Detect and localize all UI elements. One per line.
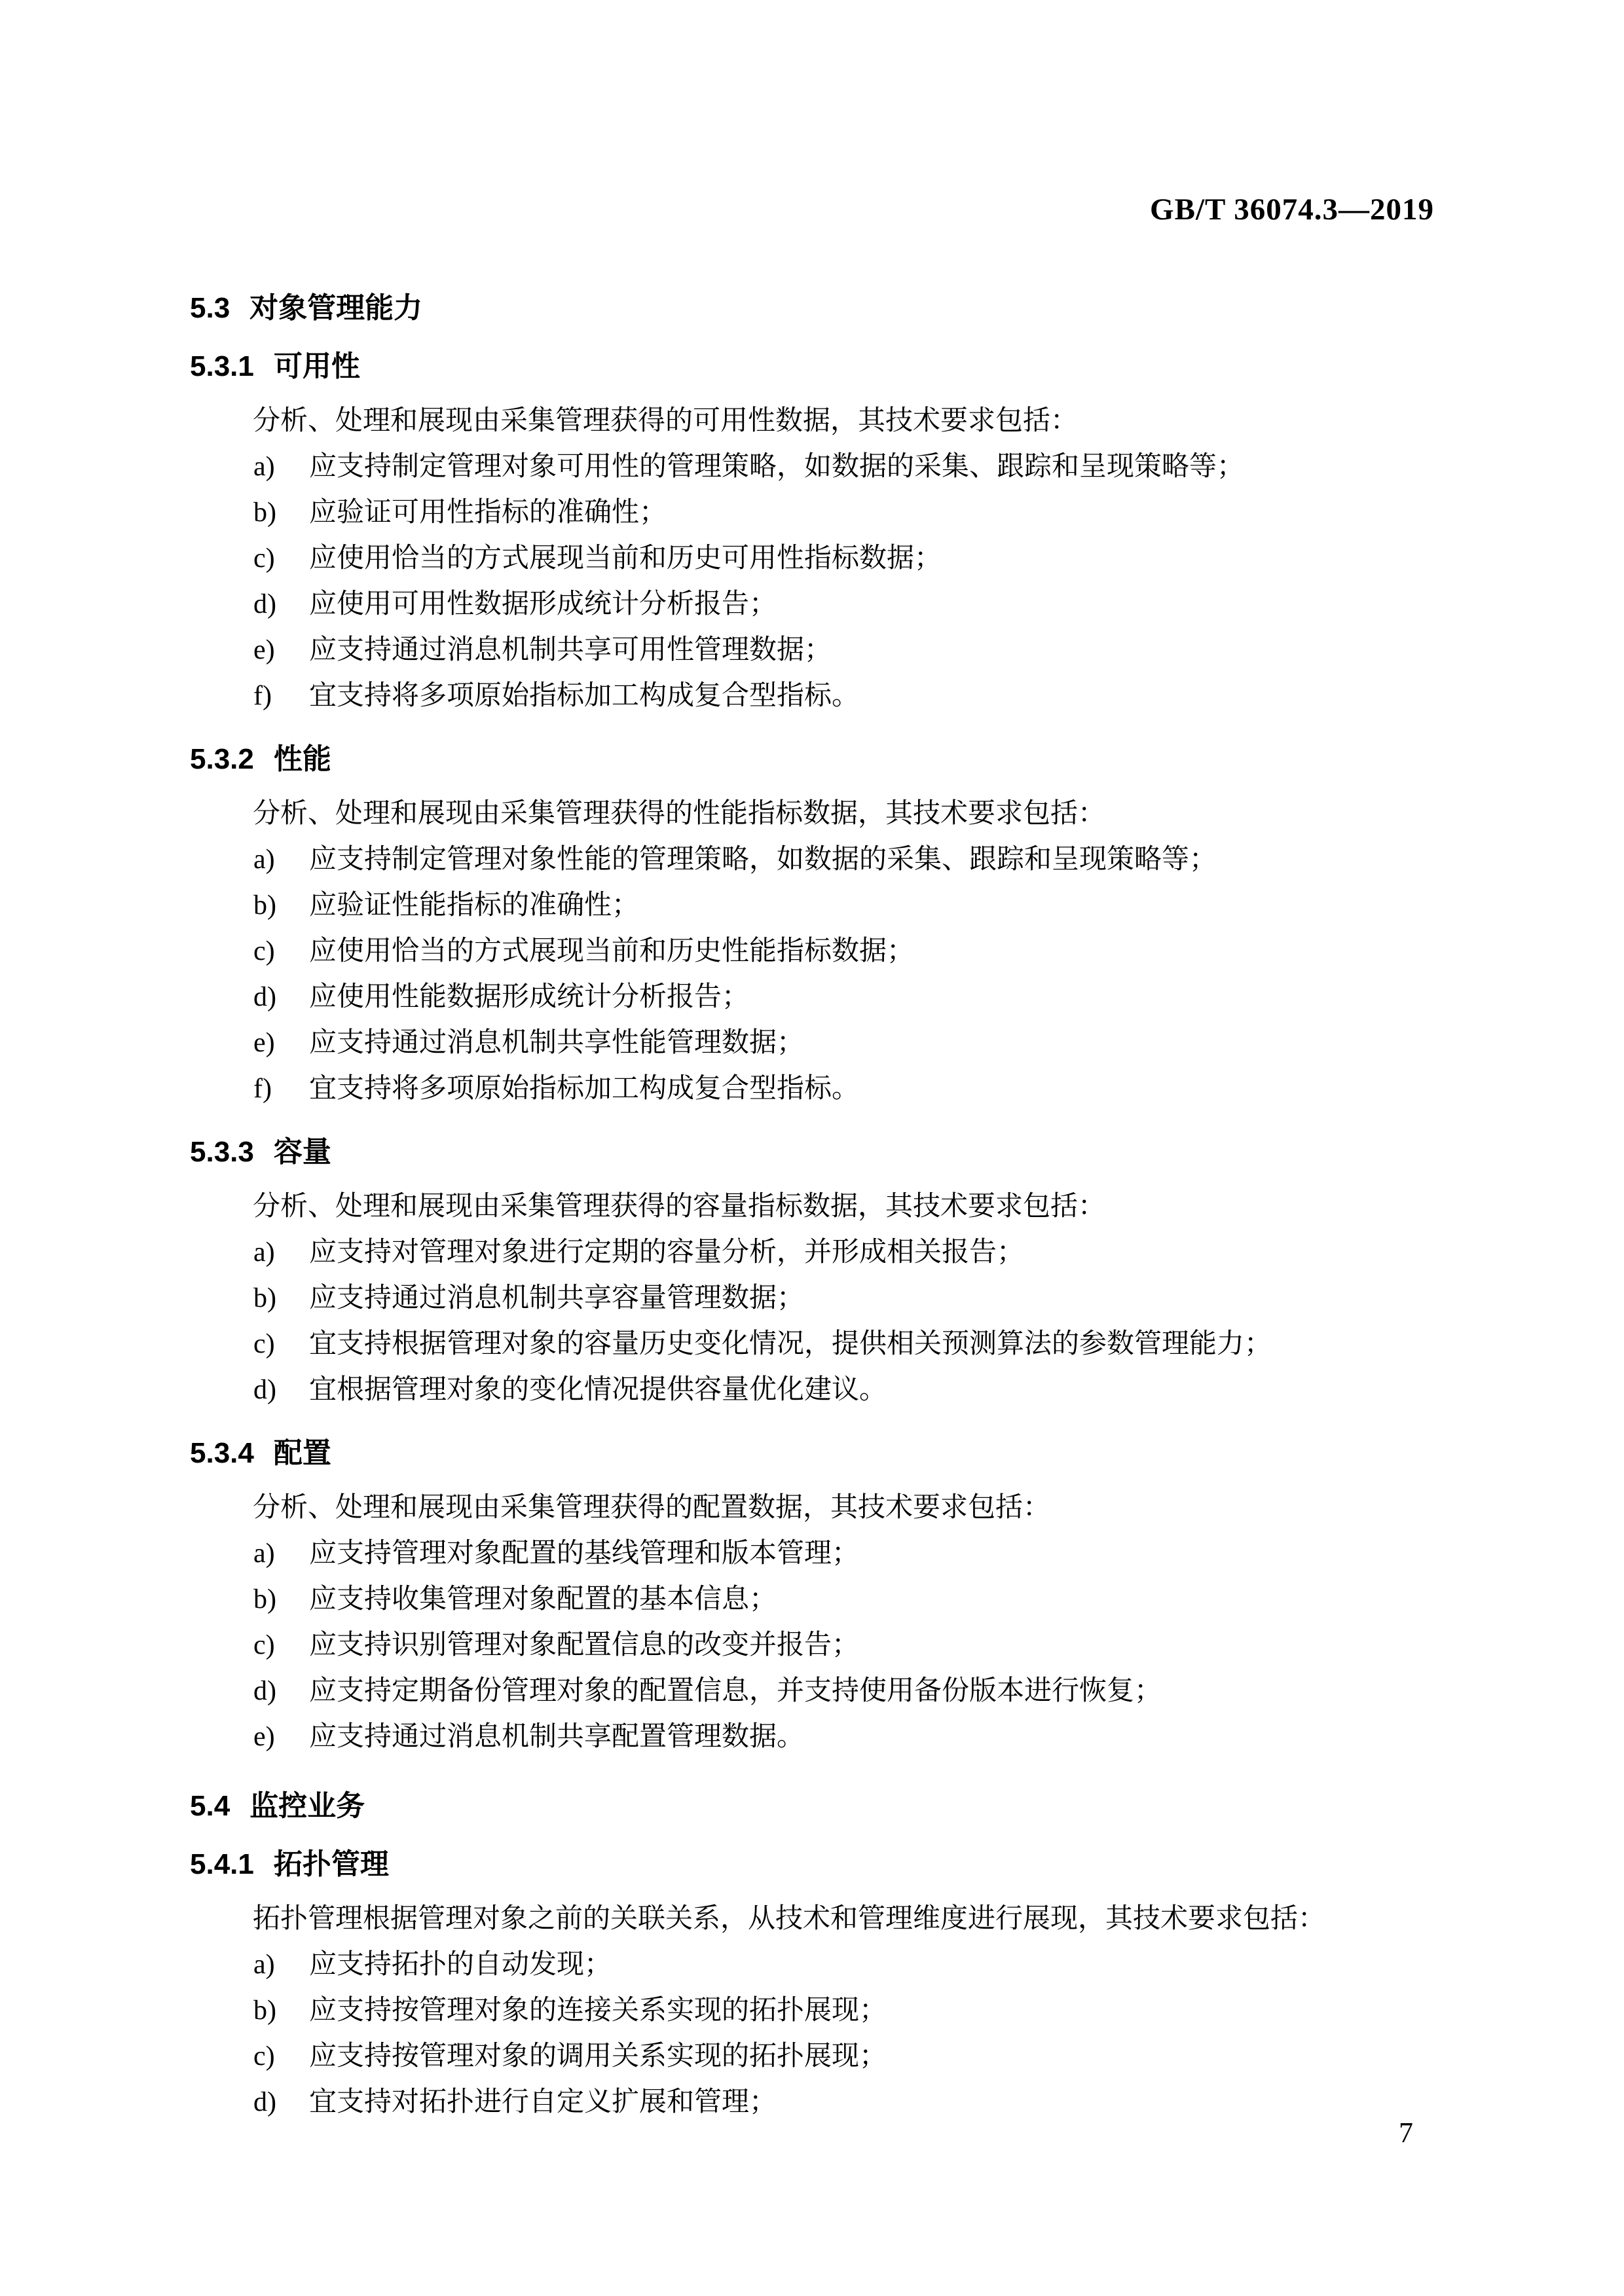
item-marker: b)	[253, 1275, 276, 1321]
item-text: 应支持通过消息机制共享容量管理数据；	[309, 1283, 804, 1313]
list-item: d)应使用性能数据形成统计分析报告；	[190, 974, 1434, 1020]
item-marker: a)	[253, 1230, 275, 1275]
item-text: 应支持对管理对象进行定期的容量分析，并形成相关报告；	[309, 1237, 1024, 1267]
list-item: b)应支持按管理对象的连接关系实现的拓扑展现；	[190, 1988, 1434, 2033]
subclause-heading: 5.3.1可用性	[190, 350, 1434, 384]
item-text: 应支持定期备份管理对象的配置信息，并支持使用备份版本进行恢复；	[309, 1676, 1162, 1706]
list-item: c)应支持按管理对象的调用关系实现的拓扑展现；	[190, 2033, 1434, 2079]
item-marker: d)	[253, 2079, 276, 2125]
subclause-5-3-3: 5.3.3容量 分析、处理和展现由采集管理获得的容量指标数据，其技术要求包括： …	[190, 1135, 1434, 1413]
subclause-5-3-2: 5.3.2性能 分析、处理和展现由采集管理获得的性能指标数据，其技术要求包括： …	[190, 742, 1434, 1112]
subclause-heading: 5.3.3容量	[190, 1135, 1434, 1169]
item-text: 应支持识别管理对象配置信息的改变并报告；	[309, 1630, 859, 1660]
list-item: c)宜支持根据管理对象的容量历史变化情况，提供相关预测算法的参数管理能力；	[190, 1321, 1434, 1367]
item-marker: c)	[253, 1622, 275, 1668]
item-marker: f)	[253, 673, 272, 719]
item-marker: e)	[253, 1714, 275, 1760]
intro-paragraph: 分析、处理和展现由采集管理获得的容量指标数据，其技术要求包括：	[190, 1184, 1434, 1230]
item-text: 宜支持将多项原始指标加工构成复合型指标。	[309, 681, 859, 711]
item-marker: b)	[253, 1988, 276, 2033]
item-text: 应支持管理对象配置的基线管理和版本管理；	[309, 1539, 859, 1569]
item-text: 宜根据管理对象的变化情况提供容量优化建议。	[309, 1375, 887, 1405]
item-text: 应验证性能指标的准确性；	[309, 890, 639, 920]
subclause-title: 拓扑管理	[274, 1848, 389, 1880]
page-number: 7	[1399, 2116, 1413, 2150]
subclause-title: 容量	[274, 1136, 331, 1168]
subclause-title: 可用性	[274, 350, 360, 382]
item-marker: d)	[253, 1668, 276, 1714]
item-text: 应使用恰当的方式展现当前和历史可用性指标数据；	[309, 543, 942, 574]
item-text: 应支持制定管理对象性能的管理策略，如数据的采集、跟踪和呈现策略等；	[309, 845, 1217, 875]
intro-paragraph: 分析、处理和展现由采集管理获得的配置数据，其技术要求包括：	[190, 1485, 1434, 1531]
list-item: b)应支持收集管理对象配置的基本信息；	[190, 1576, 1434, 1622]
list-item: d)应使用可用性数据形成统计分析报告；	[190, 581, 1434, 627]
item-marker: a)	[253, 1942, 275, 1988]
document-page: GB/T 36074.3—2019 5.3对象管理能力 5.3.1可用性 分析、…	[0, 0, 1624, 2296]
subclause-5-3-4: 5.3.4配置 分析、处理和展现由采集管理获得的配置数据，其技术要求包括： a)…	[190, 1436, 1434, 1760]
list-item: c)应使用恰当的方式展现当前和历史可用性指标数据；	[190, 536, 1434, 581]
item-text: 宜支持根据管理对象的容量历史变化情况，提供相关预测算法的参数管理能力；	[309, 1329, 1272, 1359]
intro-paragraph: 分析、处理和展现由采集管理获得的可用性数据，其技术要求包括：	[190, 398, 1434, 444]
list-item: b)应支持通过消息机制共享容量管理数据；	[190, 1275, 1434, 1321]
item-text: 应使用可用性数据形成统计分析报告；	[309, 589, 777, 619]
subclause-5-3-1: 5.3.1可用性 分析、处理和展现由采集管理获得的可用性数据，其技术要求包括： …	[190, 350, 1434, 719]
item-text: 应支持制定管理对象可用性的管理策略，如数据的采集、跟踪和呈现策略等；	[309, 452, 1244, 482]
subclause-number: 5.3.2	[190, 743, 254, 775]
item-marker: f)	[253, 1066, 272, 1112]
page-content: GB/T 36074.3—2019 5.3对象管理能力 5.3.1可用性 分析、…	[0, 0, 1624, 2125]
requirement-list: a)应支持对管理对象进行定期的容量分析，并形成相关报告； b)应支持通过消息机制…	[190, 1230, 1434, 1413]
clause-heading-5-4: 5.4监控业务	[190, 1789, 1434, 1824]
subclause-heading: 5.4.1拓扑管理	[190, 1848, 1434, 1882]
clause-title: 对象管理能力	[249, 292, 422, 324]
item-text: 应使用性能数据形成统计分析报告；	[309, 982, 749, 1012]
item-marker: d)	[253, 1367, 276, 1413]
list-item: e)应支持通过消息机制共享配置管理数据。	[190, 1714, 1434, 1760]
list-item: d)宜支持对拓扑进行自定义扩展和管理；	[190, 2079, 1434, 2125]
list-item: f)宜支持将多项原始指标加工构成复合型指标。	[190, 673, 1434, 719]
item-marker: b)	[253, 883, 276, 928]
list-item: a)应支持管理对象配置的基线管理和版本管理；	[190, 1531, 1434, 1576]
item-text: 应支持通过消息机制共享性能管理数据；	[309, 1028, 804, 1058]
subclause-heading: 5.3.4配置	[190, 1436, 1434, 1470]
subclause-5-4-1: 5.4.1拓扑管理 拓扑管理根据管理对象之前的关联关系，从技术和管理维度进行展现…	[190, 1848, 1434, 2125]
list-item: b)应验证可用性指标的准确性；	[190, 490, 1434, 536]
requirement-list: a)应支持制定管理对象性能的管理策略，如数据的采集、跟踪和呈现策略等； b)应验…	[190, 837, 1434, 1112]
item-marker: e)	[253, 627, 275, 673]
list-item: a)应支持对管理对象进行定期的容量分析，并形成相关报告；	[190, 1230, 1434, 1275]
item-marker: a)	[253, 837, 275, 883]
item-marker: a)	[253, 1531, 275, 1576]
item-marker: c)	[253, 2033, 275, 2079]
requirement-list: a)应支持管理对象配置的基线管理和版本管理； b)应支持收集管理对象配置的基本信…	[190, 1531, 1434, 1760]
list-item: a)应支持制定管理对象性能的管理策略，如数据的采集、跟踪和呈现策略等；	[190, 837, 1434, 883]
item-text: 应支持收集管理对象配置的基本信息；	[309, 1584, 777, 1614]
subclause-number: 5.3.4	[190, 1437, 254, 1469]
clause-number: 5.4	[190, 1790, 230, 1822]
item-text: 宜支持对拓扑进行自定义扩展和管理；	[309, 2087, 777, 2117]
subclause-number: 5.3.1	[190, 350, 254, 382]
doc-number-header: GB/T 36074.3—2019	[190, 191, 1434, 228]
clause-title: 监控业务	[249, 1790, 365, 1822]
list-item: c)应使用恰当的方式展现当前和历史性能指标数据；	[190, 928, 1434, 974]
item-text: 应支持通过消息机制共享可用性管理数据；	[309, 635, 832, 665]
requirement-list: a)应支持制定管理对象可用性的管理策略，如数据的采集、跟踪和呈现策略等； b)应…	[190, 444, 1434, 719]
item-text: 宜支持将多项原始指标加工构成复合型指标。	[309, 1074, 859, 1104]
subclause-heading: 5.3.2性能	[190, 742, 1434, 776]
item-marker: b)	[253, 490, 276, 536]
item-text: 应支持按管理对象的连接关系实现的拓扑展现；	[309, 1995, 887, 2026]
item-text: 应验证可用性指标的准确性；	[309, 498, 667, 528]
list-item: d)应支持定期备份管理对象的配置信息，并支持使用备份版本进行恢复；	[190, 1668, 1434, 1714]
item-marker: b)	[253, 1576, 276, 1622]
item-marker: d)	[253, 581, 276, 627]
item-marker: d)	[253, 974, 276, 1020]
item-text: 应支持拓扑的自动发现；	[309, 1950, 612, 1980]
intro-paragraph: 拓扑管理根据管理对象之前的关联关系，从技术和管理维度进行展现，其技术要求包括：	[190, 1896, 1434, 1942]
clause-heading-5-3: 5.3对象管理能力	[190, 291, 1434, 326]
item-marker: e)	[253, 1020, 275, 1066]
subclause-title: 配置	[274, 1437, 331, 1469]
subclause-title: 性能	[274, 743, 331, 775]
item-marker: a)	[253, 444, 275, 490]
subclause-number: 5.3.3	[190, 1136, 254, 1168]
item-text: 应支持按管理对象的调用关系实现的拓扑展现；	[309, 2041, 887, 2071]
list-item: a)应支持制定管理对象可用性的管理策略，如数据的采集、跟踪和呈现策略等；	[190, 444, 1434, 490]
list-item: f)宜支持将多项原始指标加工构成复合型指标。	[190, 1066, 1434, 1112]
item-marker: c)	[253, 536, 275, 581]
item-text: 应使用恰当的方式展现当前和历史性能指标数据；	[309, 936, 914, 966]
item-marker: c)	[253, 1321, 275, 1367]
list-item: a)应支持拓扑的自动发现；	[190, 1942, 1434, 1988]
clause-number: 5.3	[190, 292, 230, 324]
list-item: e)应支持通过消息机制共享性能管理数据；	[190, 1020, 1434, 1066]
item-text: 应支持通过消息机制共享配置管理数据。	[309, 1722, 804, 1752]
subclause-number: 5.4.1	[190, 1848, 254, 1880]
list-item: e)应支持通过消息机制共享可用性管理数据；	[190, 627, 1434, 673]
item-marker: c)	[253, 928, 275, 974]
intro-paragraph: 分析、处理和展现由采集管理获得的性能指标数据，其技术要求包括：	[190, 791, 1434, 837]
list-item: d)宜根据管理对象的变化情况提供容量优化建议。	[190, 1367, 1434, 1413]
requirement-list: a)应支持拓扑的自动发现； b)应支持按管理对象的连接关系实现的拓扑展现； c)…	[190, 1942, 1434, 2125]
list-item: b)应验证性能指标的准确性；	[190, 883, 1434, 928]
list-item: c)应支持识别管理对象配置信息的改变并报告；	[190, 1622, 1434, 1668]
